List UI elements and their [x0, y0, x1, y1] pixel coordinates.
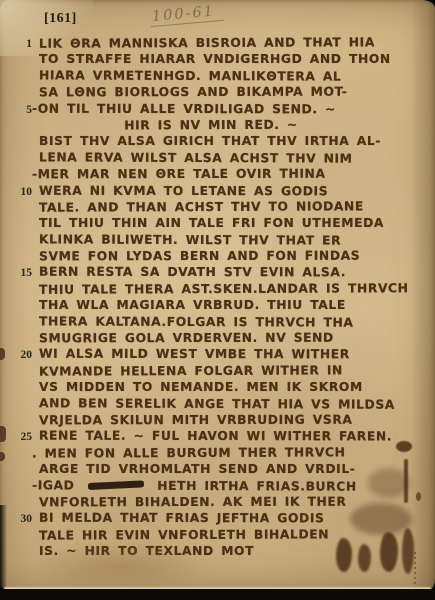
manuscript-line-text: BIST THV ALSA GIRICH THAT THV IRTHA AL-: [39, 134, 381, 148]
manuscript-line: 10WERA NI KVMA TO LETANE AS GODIS: [10, 184, 429, 200]
edge-mark: [0, 348, 5, 360]
scan-edge: [0, 589, 435, 600]
manuscript-line: 25RENE TALE. ~ FUL HAVON WI WITHER FAREN…: [10, 429, 429, 445]
manuscript-line-text: WERA NI KVMA TO LETANE AS GODIS: [39, 183, 328, 198]
edge-mark: [0, 426, 6, 442]
printed-page-number: [161]: [44, 11, 77, 27]
manuscript-line-text: SA LΘNG BIORLOGS AND BIKAMPA MOT-: [39, 85, 347, 100]
manuscript-line: -IGAD HETH IRTHA FRIAS.BURCH: [10, 479, 429, 495]
manuscript-line-text: LIK ΘRA MANNISKA BISROIA AND THAT HIA: [39, 35, 375, 50]
manuscript-line-text: TO STRAFFE HIARAR VNDIGERHGD AND THON: [39, 52, 391, 66]
parchment-page: [161] 100-61 1LIK ΘRA MANNISKA BISROIA A…: [0, 0, 435, 590]
manuscript-line: TALE HIR EVIN VNFORLETH BIHALDEN: [10, 528, 429, 544]
manuscript-line-text: HIARA VRMETENHGD. MANLIKΘTERA AL: [39, 68, 342, 83]
manuscript-line: HIR IS NV MIN RED. ~: [10, 118, 429, 134]
ink-speck: [416, 492, 421, 501]
manuscript-line-text: KVMANDE HELLENA FOLGAR WITHER IN: [39, 363, 343, 378]
line-number: 20: [10, 349, 39, 361]
manuscript-line-text: TIL THIU THIN AIN TALE FRI FON UTHEMEDA: [39, 216, 384, 230]
manuscript-line-text: TALE HIR EVIN VNFORLETH BIHALDEN: [39, 527, 329, 542]
manuscript-line: . MEN FON ALLE BURGUM THER THRVCH: [10, 446, 429, 462]
manuscript-line: TALE. AND THAN ACHST THV TO NIODANE: [10, 200, 429, 216]
manuscript-line: SVME FON LYDAS BERN AND FON FINDAS: [10, 249, 429, 265]
manuscript-line-text: SMUGRIGE GOLA VRDERVEN. NV SEND: [39, 331, 334, 346]
manuscript-line-text: VNFORLETH BIHALDEN. AK MEI IK THER: [39, 495, 346, 510]
edge-mark: [0, 452, 5, 461]
line-number: 15: [10, 267, 39, 279]
manuscript-line-text: IS. ~ HIR TO TEXLAND MOT: [39, 544, 254, 558]
manuscript-line-text: WI ALSA MILD WEST VMBE THA WITHER: [39, 347, 350, 362]
dotted-mark: [414, 552, 416, 588]
manuscript-line-text: -MER MAR NEN ΘRE TALE OVIR THINA: [32, 167, 326, 182]
manuscript-line: SA LΘNG BIORLOGS AND BIKAMPA MOT-: [10, 85, 429, 101]
manuscript-line: VRJELDA SKILUN MITH VRBRUDING VSRA: [10, 413, 429, 429]
scanned-manuscript-page: [161] 100-61 1LIK ΘRA MANNISKA BISROIA A…: [0, 0, 435, 600]
manuscript-line-text: THIU TALE THERA AST.SKEN.LANDAR IS THRVC…: [39, 281, 409, 297]
manuscript-line: AND BEN SERELIK ANGE THAT HIA VS MILDSA: [10, 397, 429, 413]
manuscript-line-text: KLINKA BILIWETH. WILST THV THAT ER: [39, 232, 341, 247]
manuscript-line-text: THERA KALTANA.FOLGAR IS THRVCH THA: [39, 314, 354, 329]
manuscript-line-text: BERN RESTA SA DVATH STV EVIN ALSA.: [39, 265, 346, 280]
manuscript-text: 1LIK ΘRA MANNISKA BISROIA AND THAT HIATO…: [10, 36, 429, 561]
manuscript-line: KLINKA BILIWETH. WILST THV THAT ER: [10, 233, 429, 249]
manuscript-line: BIST THV ALSA GIRICH THAT THV IRTHA AL-: [10, 134, 429, 150]
line-number: 30: [10, 513, 39, 525]
pencil-annotation: 100-61: [149, 3, 223, 27]
manuscript-line-text: AND BEN SERELIK ANGE THAT HIA VS MILDSA: [39, 396, 395, 411]
manuscript-line-text: LENA ERVA WILST ALSA ACHST THV NIM: [39, 150, 353, 165]
manuscript-line: VNFORLETH BIHALDEN. AK MEI IK THER: [10, 495, 429, 511]
manuscript-line-text: TALE. AND THAN ACHST THV TO NIODANE: [39, 199, 364, 214]
line-number: 1: [10, 38, 39, 50]
manuscript-line-text: RENE TALE. ~ FUL HAVON WI WITHER FAREN.: [39, 429, 392, 444]
manuscript-line: THERA KALTANA.FOLGAR IS THRVCH THA: [10, 315, 429, 331]
manuscript-line-text: -IGAD HETH IRTHA FRIAS.BURCH: [32, 478, 357, 493]
manuscript-line-text: BI MELDA THAT FRIAS JEFTHA GODIS: [39, 511, 324, 526]
manuscript-line-text: -ON TIL THIU ALLE VRDILIGAD SEND. ~: [32, 101, 336, 116]
manuscript-line: TIL THIU THIN AIN TALE FRI FON UTHEMEDA: [10, 216, 429, 232]
line-number: 10: [10, 186, 39, 198]
manuscript-line: ARGE TID VRHOMLATH SEND AND VRDIL-: [10, 462, 429, 478]
manuscript-line-text: SVME FON LYDAS BERN AND FON FINDAS: [39, 249, 360, 264]
manuscript-line: THIU TALE THERA AST.SKEN.LANDAR IS THRVC…: [10, 282, 429, 298]
manuscript-line: THA WLA MAGIARA VRBRUD. THIU TALE: [10, 298, 429, 314]
redaction-mark: [88, 480, 144, 490]
manuscript-line: TO STRAFFE HIARAR VNDIGERHGD AND THON: [10, 52, 429, 68]
manuscript-line: IS. ~ HIR TO TEXLAND MOT: [10, 544, 429, 560]
scan-shadow: [0, 505, 7, 590]
manuscript-line: LENA ERVA WILST ALSA ACHST THV NIM: [10, 151, 429, 167]
manuscript-line: KVMANDE HELLENA FOLGAR WITHER IN: [10, 364, 429, 380]
manuscript-line: SMUGRIGE GOLA VRDERVEN. NV SEND: [10, 331, 429, 347]
manuscript-line-text: . MEN FON ALLE BURGUM THER THRVCH: [32, 445, 346, 460]
manuscript-line: 1LIK ΘRA MANNISKA BISROIA AND THAT HIA: [10, 36, 429, 52]
manuscript-line: 30BI MELDA THAT FRIAS JEFTHA GODIS: [10, 511, 429, 527]
manuscript-line-text: ARGE TID VRHOMLATH SEND AND VRDIL-: [39, 462, 355, 476]
manuscript-line: 20WI ALSA MILD WEST VMBE THA WITHER: [10, 347, 429, 363]
manuscript-line-text: VRJELDA SKILUN MITH VRBRUDING VSRA: [39, 413, 353, 428]
manuscript-line: 15BERN RESTA SA DVATH STV EVIN ALSA.: [10, 265, 429, 281]
manuscript-line-text: HIR IS NV MIN RED. ~: [39, 117, 429, 133]
manuscript-line: HIARA VRMETENHGD. MANLIKΘTERA AL: [10, 69, 429, 85]
manuscript-line: -MER MAR NEN ΘRE TALE OVIR THINA: [10, 167, 429, 183]
manuscript-line: 5-ON TIL THIU ALLE VRDILIGAD SEND. ~: [10, 102, 429, 118]
manuscript-line-text: VS MIDDEN TO NEMANDE. MEN IK SKROM: [39, 380, 363, 394]
manuscript-line: VS MIDDEN TO NEMANDE. MEN IK SKROM: [10, 380, 429, 396]
manuscript-line-text: THA WLA MAGIARA VRBRUD. THIU TALE: [39, 298, 346, 312]
line-number: 25: [10, 431, 39, 443]
